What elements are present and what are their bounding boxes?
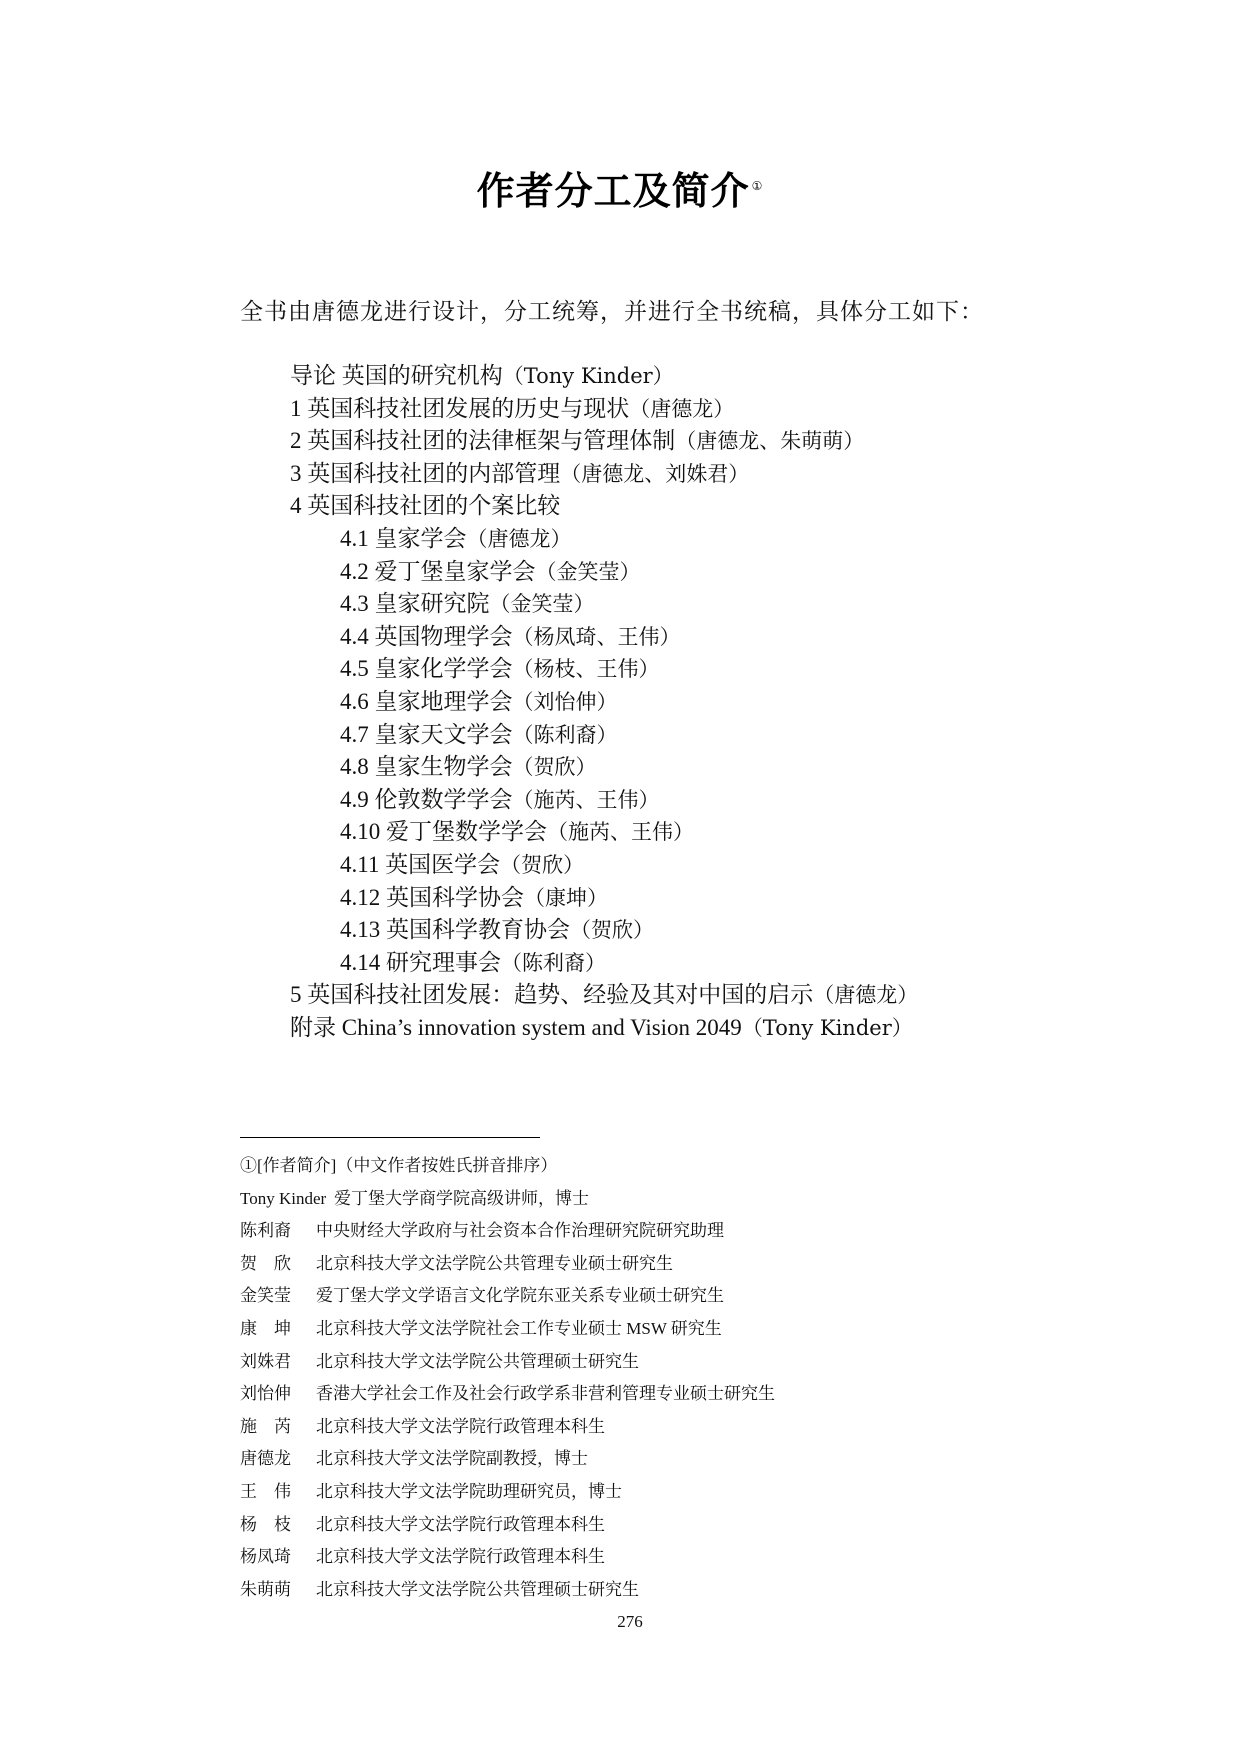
section-item: 4.4 英国物理学会（杨凤琦、王伟） bbox=[290, 621, 918, 654]
footnote-divider bbox=[240, 1137, 540, 1138]
author-entry: 杨 枝北京科技大学文法学院行政管理本科生 bbox=[240, 1509, 775, 1542]
author-entry: 陈利裔中央财经大学政府与社会资本合作治理研究院研究助理 bbox=[240, 1215, 775, 1248]
author-entry: 康 坤北京科技大学文法学院社会工作专业硕士 MSW 研究生 bbox=[240, 1313, 775, 1346]
chapter-item: 附录 China’s innovation system and Vision … bbox=[290, 1012, 918, 1045]
section-item: 4.6 皇家地理学会（刘怡伸） bbox=[290, 686, 918, 719]
chapter-list: 导论 英国的研究机构（Tony Kinder） 1 英国科技社团发展的历史与现状… bbox=[290, 360, 918, 1044]
author-entry: 王 伟北京科技大学文法学院助理研究员，博士 bbox=[240, 1476, 775, 1509]
author-entry: 金笑莹爱丁堡大学文学语言文化学院东亚关系专业硕士研究生 bbox=[240, 1280, 775, 1313]
section-item: 4.13 英国科学教育协会（贺欣） bbox=[290, 914, 918, 947]
chapter-item: 1 英国科技社团发展的历史与现状（唐德龙） bbox=[290, 393, 918, 426]
chapter-item: 导论 英国的研究机构（Tony Kinder） bbox=[290, 360, 918, 393]
author-entry: 杨凤琦北京科技大学文法学院行政管理本科生 bbox=[240, 1541, 775, 1574]
section-item: 4.14 研究理事会（陈利裔） bbox=[290, 947, 918, 980]
author-entry: 唐德龙北京科技大学文法学院副教授，博士 bbox=[240, 1443, 775, 1476]
section-item: 4.8 皇家生物学会（贺欣） bbox=[290, 751, 918, 784]
title-text: 作者分工及简介 bbox=[477, 169, 750, 213]
section-item: 4.2 爱丁堡皇家学会（金笑莹） bbox=[290, 556, 918, 589]
section-item: 4.11 英国医学会（贺欣） bbox=[290, 849, 918, 882]
chapter-item: 5 英国科技社团发展：趋势、经验及其对中国的启示（唐德龙） bbox=[290, 979, 918, 1012]
section-item: 4.5 皇家化学学会（杨枝、王伟） bbox=[290, 653, 918, 686]
author-entry: 贺 欣北京科技大学文法学院公共管理专业硕士研究生 bbox=[240, 1248, 775, 1281]
chapter-item: 4 英国科技社团的个案比较 bbox=[290, 490, 918, 523]
footnote-block: ①[作者简介]（中文作者按姓氏拼音排序） Tony Kinder爱丁堡大学商学院… bbox=[240, 1150, 775, 1606]
intro-paragraph: 全书由唐德龙进行设计，分工统筹，并进行全书统稿，具体分工如下： bbox=[240, 293, 984, 326]
section-item: 4.7 皇家天文学会（陈利裔） bbox=[290, 719, 918, 752]
section-item: 4.3 皇家研究院（金笑莹） bbox=[290, 588, 918, 621]
section-item: 4.12 英国科学协会（康坤） bbox=[290, 882, 918, 915]
section-item: 4.1 皇家学会（唐德龙） bbox=[290, 523, 918, 556]
chapter-item: 2 英国科技社团的法律框架与管理体制（唐德龙、朱萌萌） bbox=[290, 425, 918, 458]
author-entry: 刘姝君北京科技大学文法学院公共管理硕士研究生 bbox=[240, 1346, 775, 1379]
section-item: 4.10 爱丁堡数学学会（施芮、王伟） bbox=[290, 816, 918, 849]
chapter-item: 3 英国科技社团的内部管理（唐德龙、刘姝君） bbox=[290, 458, 918, 491]
author-entry: 施 芮北京科技大学文法学院行政管理本科生 bbox=[240, 1411, 775, 1444]
author-entry: 刘怡伸香港大学社会工作及社会行政学系非营利管理专业硕士研究生 bbox=[240, 1378, 775, 1411]
footnote-heading: ①[作者简介]（中文作者按姓氏拼音排序） bbox=[240, 1150, 775, 1183]
page-number: 276 bbox=[0, 1612, 1240, 1632]
page-title: 作者分工及简介① bbox=[0, 160, 1240, 215]
author-entry: 朱萌萌北京科技大学文法学院公共管理硕士研究生 bbox=[240, 1574, 775, 1607]
author-entry: Tony Kinder爱丁堡大学商学院高级讲师，博士 bbox=[240, 1183, 775, 1216]
footnote-mark: ① bbox=[752, 179, 764, 193]
section-item: 4.9 伦敦数学学会（施芮、王伟） bbox=[290, 784, 918, 817]
